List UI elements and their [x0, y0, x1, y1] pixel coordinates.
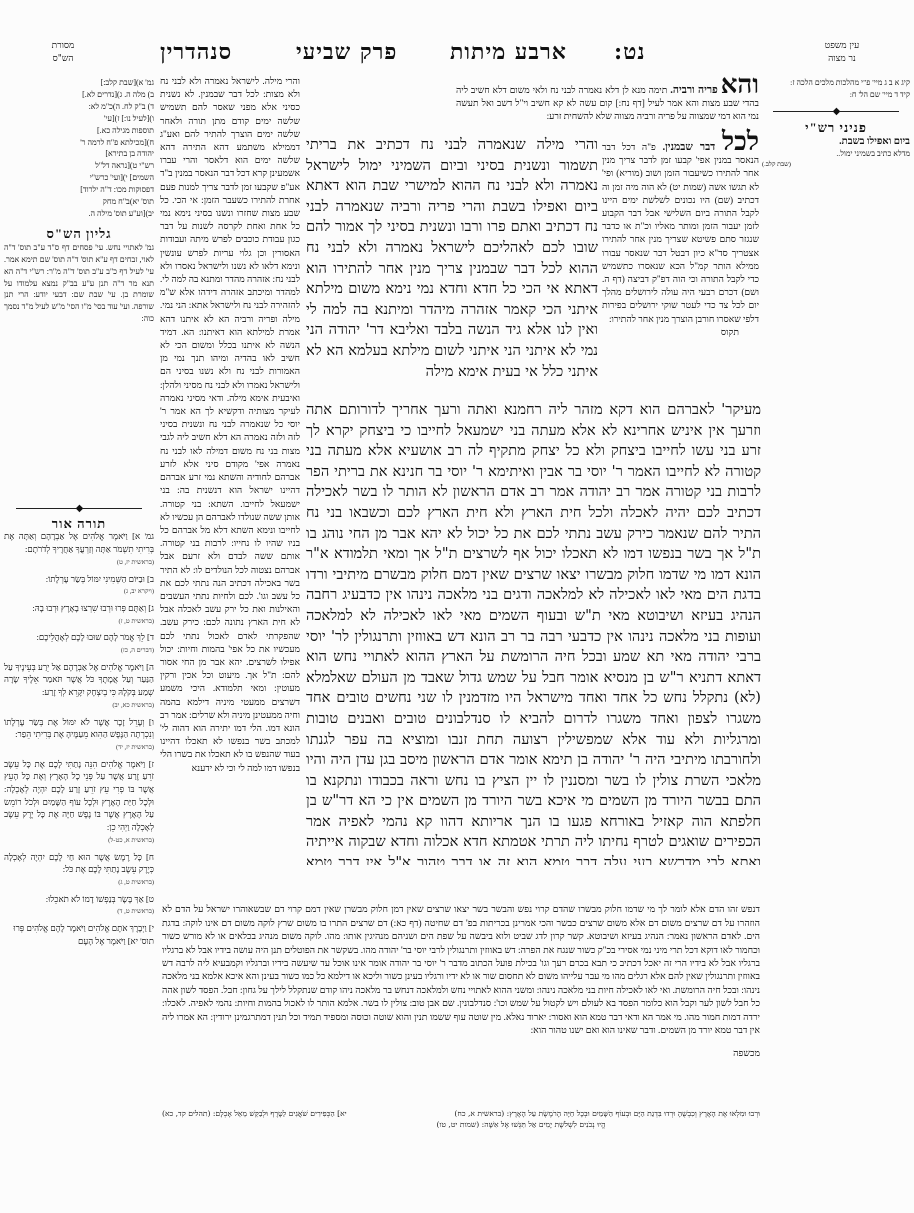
- ein-mishpat-entry: קיד ד מיי' שם הל' ח:: [762, 89, 910, 101]
- torah-or-verse: ו] וְעָרֵל זָכָר אֲשֶׁר לֹא יִמּוֹל אֶת …: [4, 716, 154, 741]
- tosafot-text: פ"ה דכל דבר הנאסר במנין אפי' קבעו זמן לד…: [602, 142, 759, 324]
- rashi-column: והרי מילה. לישראל נאמרה ולא לבני נח ולא …: [160, 75, 300, 865]
- masoret-line: ד) ב"ק לח. ה)כ"מ לא:: [4, 101, 154, 113]
- ein-mishpat-column: קיג א ב ג מיי' פ"י מהלכות מלכים הלכה ז: …: [762, 77, 910, 171]
- pninei-rashi-headword: ביום ואפילו בשבת.: [762, 136, 910, 148]
- masoret-hashas-title: מסורת הש"ס: [38, 40, 88, 66]
- torah-or-verse: ח] כָּל רֶמֶשׂ אֲשֶׁר הוּא חַי לָכֶם יִה…: [4, 851, 154, 876]
- masoret-line: יב)[וע"ע תוס' מילה ה.: [4, 208, 154, 220]
- gemara-line: מיתיבי היה: [645, 751, 706, 768]
- gemara-wide-block: מעיקר' לאברהם הוא דקא מזהר ליה רחמנא ואת…: [306, 400, 761, 865]
- gemara-line: כי: [400, 422, 411, 439]
- gemara-line: ובכל חיה הרומשת על הארץ ההוא: [406, 648, 607, 665]
- torah-or-source: (בראשית א, כט-ל): [4, 835, 154, 848]
- torah-or-verse: גמ' א] וַיֹּאמֶר אֱלֹהִים אֶל אַבְרָהָם …: [4, 530, 154, 555]
- gilyon-hashas-title: גליון הש"ס: [4, 228, 154, 240]
- gemara-opening-words: והרי מילה שנאמרה לבני נח דכתיב: [376, 136, 598, 153]
- torah-or-verse: ט] אַךְ בָּשָׂר בְּנַפְשׁוֹ דָמוֹ לֹא תֹ…: [4, 893, 154, 906]
- pninei-rashi-source: (שבת קלב.): [762, 159, 910, 171]
- chapter-number: פרק שביעי: [296, 40, 397, 64]
- gemara-paragraph: מעיקר' לאברהם הוא דקא מזהר ליה רחמנא ואת…: [306, 400, 761, 865]
- rashi-text: והרי מילה. לישראל נאמרה ולא לבני נח ולא …: [160, 75, 300, 775]
- tosafot-top-block: והא פריה ורביה. תימה מנא לן דלא נאמרה לב…: [456, 75, 759, 124]
- tosafot-headword: והא: [721, 70, 759, 99]
- masoret-line: תוס' יא)ב"ח מחק: [4, 196, 154, 208]
- masoret-title-line2: הש"ס: [38, 53, 88, 66]
- torah-or-verse: ג] וְאַתֶּם פְּרוּ וּרְבוּ שִׁרְצוּ בָאָ…: [4, 602, 154, 615]
- torah-or-verse: י] וַיְבָרֶךְ אֹתָם אֱלֹהִים וַיֹּאמֶר ל…: [4, 922, 154, 935]
- gemara-line: אך בשר בנפשו דמו לא תאכלו יכול אף לשרצים…: [306, 545, 761, 583]
- pninei-rashi-text: מדלא כתיב בשמיני ימול..: [762, 148, 910, 160]
- torah-or-column: ◆ תורה אור גמ' א] וַיֹּאמֶר אֱלֹהִים אֶל…: [4, 503, 154, 948]
- ein-mishpat-title-line2: נר מצוה: [812, 53, 872, 66]
- tosafot-paragraph: לכל דבר שבמנין. פ"ה דכל דבר הנאסר במנין …: [602, 132, 759, 326]
- ein-mishpat-entry: קיג א ב ג מיי' פ"י מהלכות מלכים הלכה ז:: [762, 77, 910, 89]
- gilyon-hashas-text: גמ' לאתויי נחש. עי' פסחים דף ס"ד ע"ב תוס…: [4, 242, 154, 325]
- tosafot-end-word: תקוס: [602, 326, 759, 339]
- gemara-top-block: והרי מילה שנאמרה לבני נח דכתיב את בריתי …: [306, 135, 598, 397]
- torah-or-verse: ה] וַיֹּאמֶר אֱלֹהִים אֶל אַבְרָהָם אַל …: [4, 661, 154, 699]
- footnote-verse-centered: הֱיוּ נְכֹנִים לִשְׁלֹשֶׁת יָמִים אַל תִ…: [162, 1119, 760, 1130]
- gemara-opening: והרי מילה שנאמרה לבני נח דכתיב את בריתי …: [306, 135, 598, 382]
- folio-number: נט:: [614, 40, 646, 64]
- masoret-line: רש"י ט)[נראה דל"ל: [4, 160, 154, 172]
- torah-or-source: (בראשית ט, ג): [4, 877, 154, 890]
- torah-or-verse: ז] וַיֹּאמֶר אֱלֹהִים הִנֵּה נָתַתִּי לָ…: [4, 758, 154, 834]
- masoret-line: יהודה בן בתירא]: [4, 148, 154, 160]
- torah-or-source: (ויקרא יב, ג): [4, 586, 154, 599]
- tosafot-dibur-hamatchil: דבר שבמנין.: [662, 142, 715, 153]
- rashi-bottom-block: דנפש זהו הדם אלא לומר לך מי שדמו חלוק מב…: [162, 895, 760, 1070]
- gemara-line: ואתם פרו ורבו ונשנית בסיני: [387, 218, 541, 235]
- masoret-line: גמ' א)[שבת קלב:]: [4, 77, 154, 89]
- divider-ornament-icon: ◆: [4, 503, 154, 516]
- footnote-verse: וּרְבוּ וּמִלְאוּ אֶת הָאָרֶץ וְכִבְשֻׁה…: [454, 1108, 760, 1119]
- gemara-line: ביום ואפילו בשבת והרי פריה ורביה שנאמרה: [336, 198, 598, 215]
- masoret-line: תוספות מגילה כא.]: [4, 125, 154, 137]
- torah-or-source: (בראשית יז, ט): [4, 557, 154, 570]
- pninei-rashi-title: פניני רש"י: [762, 122, 910, 134]
- tosafot-second-block: לכל דבר שבמנין. פ"ה דכל דבר הנאסר במנין …: [602, 132, 759, 339]
- masoret-line: ח)[מכילתא פ"ח לרמה ר': [4, 137, 154, 149]
- masoret-line: השמים] י)[ועי' כרש"י: [4, 172, 154, 184]
- torah-or-source: (בראשית ט, ז): [4, 616, 154, 629]
- ein-mishpat-title-line1: עין משפט: [812, 40, 872, 53]
- footnote-verse: יא] הַכְּפִירִים שֹׁאֲגִים לַטָּרֶף וּלְ…: [162, 1108, 347, 1119]
- rashi-bottom-text: דנפש זהו הדם אלא לומר לך מי שדמו חלוק מב…: [162, 904, 760, 1038]
- torah-or-verse: תוס' יא] וַיֹּאמֶר אֶל הָעָם: [4, 935, 154, 948]
- torah-or-title: תורה אור: [4, 518, 154, 531]
- masoret-line: ב) מלה ה. ג)[נדרים לא.]: [4, 89, 154, 101]
- tractate-name: סנהדרין: [160, 40, 232, 64]
- torah-or-source: (בראשית כא, יב): [4, 700, 154, 713]
- divider-ornament-icon: ◆: [762, 106, 910, 118]
- tosafot-headword: לכל: [722, 127, 759, 156]
- torah-or-source: (דברים ה, כז): [4, 645, 154, 658]
- torah-or-source: (בראשית ט, ד): [4, 906, 154, 919]
- gemara-line: ר"ש בן מנסיא אומר חבל על שמש גדול שאבד מ…: [306, 669, 684, 686]
- tosafot-dibur-hamatchil: פריה ורביה.: [670, 85, 718, 96]
- gemara-line: לכל דבר שבמנין צריך מנין אחר להתירו הוא …: [306, 260, 598, 380]
- torah-or-verse: ב] וּבַיּוֹם הַשְּׁמִינִי יִמּוֹל בְּשַׂ…: [4, 573, 154, 586]
- chapter-name: ארבע מיתות: [450, 40, 567, 64]
- ein-mishpat-title: עין משפט נר מצוה: [812, 40, 872, 66]
- torah-or-verse: ד] לֵךְ אֱמֹר לָהֶם שׁוּבוּ לָכֶם לְאָהֳ…: [4, 631, 154, 644]
- gemara-line: הכפירים שואגים לטרף נחיתו ליה תרתי אטמתא…: [306, 833, 761, 865]
- torah-or-source: (בראשית יז, יד): [4, 742, 154, 755]
- masoret-hashas-column: גמ' א)[שבת קלב:] ב) מלה ה. ג)[נדרים לא.]…: [4, 77, 154, 325]
- footnotes-row: וּרְבוּ וּמִלְאוּ אֶת הָאָרֶץ וְכִבְשֻׁה…: [162, 1108, 760, 1119]
- tosafot-paragraph: והא פריה ורביה. תימה מנא לן דלא נאמרה לב…: [456, 75, 759, 124]
- rashi-bottom-end-word: מכשפה: [162, 1048, 760, 1061]
- masoret-line: ו)[לעיל נו:] ז)[עי': [4, 113, 154, 125]
- footnotes: וּרְבוּ וּמִלְאוּ אֶת הָאָרֶץ וְכִבְשֻׁה…: [162, 1108, 760, 1130]
- gemara-line: ההוא למישרי שבת הוא דאתא: [306, 177, 481, 194]
- masoret-line: דפסוקות מכו: ד"ה ילרוד]: [4, 184, 154, 196]
- masoret-title-line1: מסורת: [38, 40, 88, 53]
